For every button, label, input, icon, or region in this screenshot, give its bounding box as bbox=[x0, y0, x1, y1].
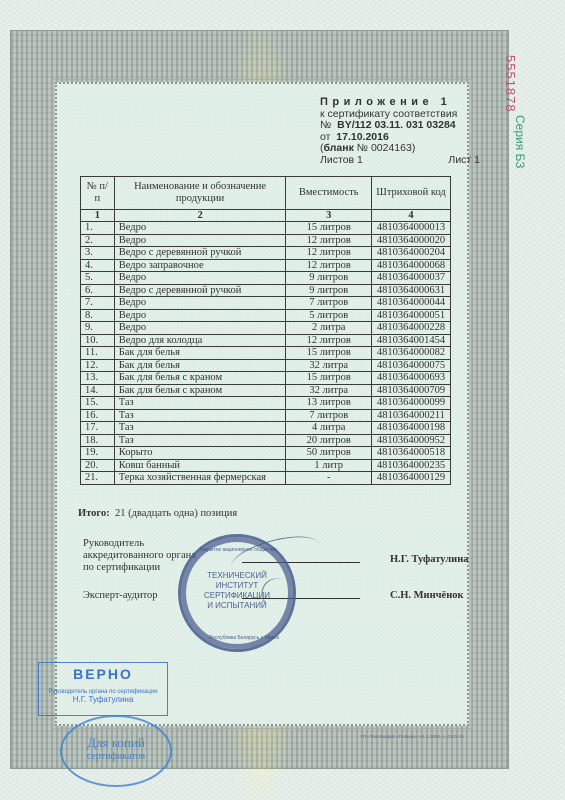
product-name: Бак для белья с краном bbox=[114, 372, 286, 385]
capacity: 1 литр bbox=[286, 459, 372, 472]
sheet-info: Листов 1 Лист 1 bbox=[320, 155, 480, 167]
capacity: 5 литров bbox=[286, 309, 372, 322]
product-name: Ведро для колодца bbox=[114, 334, 286, 347]
printer-imprint: УП «Типография «Победа» А4, 1.5000, з. 0… bbox=[360, 734, 464, 739]
row-number: 13. bbox=[81, 372, 115, 385]
verno-title: ВЕРНО bbox=[39, 666, 167, 682]
row-number: 14. bbox=[81, 384, 115, 397]
capacity: 9 литров bbox=[286, 272, 372, 285]
certificate-number: BY/112 03.11. 031 03284 bbox=[337, 119, 456, 131]
total-line: Итого: 21 (двадцать одна) позиция bbox=[78, 508, 237, 519]
product-name: Таз bbox=[114, 434, 286, 447]
product-name: Ведро bbox=[114, 222, 286, 235]
barcode: 4810364000099 bbox=[372, 397, 451, 410]
table-row: 19.Корыто50 литров4810364000518 bbox=[81, 447, 451, 460]
table-row: 4.Ведро заправочное12 литров481036400006… bbox=[81, 259, 451, 272]
barcode: 4810364000129 bbox=[372, 472, 451, 485]
capacity: 4 литра bbox=[286, 422, 372, 435]
total-value: 21 (двадцать одна) позиция bbox=[115, 508, 237, 519]
official-round-seal: Закрытое акционерное общество ТЕХНИЧЕСКИ… bbox=[178, 534, 296, 652]
head-signatory-label: Руководитель аккредитованного органа по … bbox=[83, 538, 196, 574]
product-name: Таз bbox=[114, 422, 286, 435]
row-number: 5. bbox=[81, 272, 115, 285]
row-number: 19. bbox=[81, 447, 115, 460]
copies-line1: Для копий bbox=[62, 735, 170, 751]
table-row: 13.Бак для белья с краном15 литров481036… bbox=[81, 372, 451, 385]
table-row: 2.Ведро12 литров4810364000020 bbox=[81, 234, 451, 247]
document-header: Приложение 1 к сертификату соответствия … bbox=[320, 97, 480, 166]
capacity: 32 литра bbox=[286, 359, 372, 372]
row-number: 8. bbox=[81, 309, 115, 322]
table-row: 16.Таз7 литров4810364000211 bbox=[81, 409, 451, 422]
table-row: 14.Бак для белья с краном32 литра4810364… bbox=[81, 384, 451, 397]
table-row: 8.Ведро5 литров4810364000051 bbox=[81, 309, 451, 322]
capacity: 12 литров bbox=[286, 334, 372, 347]
verno-name: Н.Г. Туфатулина bbox=[39, 695, 167, 704]
row-number: 16. bbox=[81, 409, 115, 422]
capacity: 15 литров bbox=[286, 372, 372, 385]
seal-inner-text: ТЕХНИЧЕСКИЙ ИНСТИТУТ СЕРТИФИКАЦИИ И ИСПЫ… bbox=[181, 571, 293, 611]
product-name: Бак для белья с краном bbox=[114, 384, 286, 397]
barcode: 4810364000051 bbox=[372, 309, 451, 322]
table-row: 20.Ковш банный1 литр4810364000235 bbox=[81, 459, 451, 472]
column-number: 2 bbox=[114, 210, 286, 222]
product-name: Ведро bbox=[114, 234, 286, 247]
barcode: 4810364000037 bbox=[372, 272, 451, 285]
capacity: 9 литров bbox=[286, 284, 372, 297]
capacity: 50 литров bbox=[286, 447, 372, 460]
column-number: 4 bbox=[372, 210, 451, 222]
product-name: Корыто bbox=[114, 447, 286, 460]
product-name: Ведро bbox=[114, 322, 286, 335]
sheet-current: Лист 1 bbox=[448, 155, 480, 167]
barcode: 4810364000631 bbox=[372, 284, 451, 297]
header-barcode: Штриховой код bbox=[372, 177, 451, 210]
capacity: 2 литра bbox=[286, 322, 372, 335]
row-number: 17. bbox=[81, 422, 115, 435]
barcode: 4810364000020 bbox=[372, 234, 451, 247]
product-name: Бак для белья bbox=[114, 359, 286, 372]
capacity: 12 литров bbox=[286, 259, 372, 272]
certificate-date: 17.10.2016 bbox=[336, 131, 389, 143]
seal-line: ТЕХНИЧЕСКИЙ bbox=[181, 571, 293, 581]
barcode: 4810364000013 bbox=[372, 222, 451, 235]
table-row: 6.Ведро с деревянной ручкой9 литров48103… bbox=[81, 284, 451, 297]
column-number: 3 bbox=[286, 210, 372, 222]
barcode: 4810364000044 bbox=[372, 297, 451, 310]
barcode: 4810364000068 bbox=[372, 259, 451, 272]
row-number: 11. bbox=[81, 347, 115, 360]
head-role-line3: по сертификации bbox=[83, 562, 196, 574]
copies-oval-stamp: Для копий сертификатов bbox=[60, 715, 172, 787]
blank-number-line: (бланк № 0024163) bbox=[320, 143, 480, 155]
barcode: 4810364000082 bbox=[372, 347, 451, 360]
number-sign: № bbox=[320, 119, 331, 131]
certified-copy-stamp: ВЕРНО Руководитель органа по сертификаци… bbox=[38, 662, 168, 716]
seal-ring-top: Закрытое акционерное общество bbox=[199, 547, 277, 553]
capacity: 12 литров bbox=[286, 234, 372, 247]
product-name: Ковш банный bbox=[114, 459, 286, 472]
row-number: 3. bbox=[81, 247, 115, 260]
sheets-total: Листов 1 bbox=[320, 155, 363, 167]
barcode: 4810364001454 bbox=[372, 334, 451, 347]
capacity: 7 литров bbox=[286, 409, 372, 422]
header-capacity: Вместимость bbox=[286, 177, 372, 210]
appendix-title: Приложение 1 bbox=[320, 97, 480, 109]
expert-label: Эксперт-аудитор bbox=[83, 590, 158, 602]
product-name: Ведро bbox=[114, 309, 286, 322]
date-prefix: от bbox=[320, 131, 330, 143]
column-number-row: 1 2 3 4 bbox=[81, 210, 451, 222]
capacity: 20 литров bbox=[286, 434, 372, 447]
barcode: 4810364000518 bbox=[372, 447, 451, 460]
capacity: 7 литров bbox=[286, 297, 372, 310]
table-row: 9.Ведро2 литра4810364000228 bbox=[81, 322, 451, 335]
blank-label: бланк bbox=[324, 142, 354, 154]
row-number: 7. bbox=[81, 297, 115, 310]
barcode: 4810364000198 bbox=[372, 422, 451, 435]
row-number: 20. bbox=[81, 459, 115, 472]
barcode: 4810364000235 bbox=[372, 459, 451, 472]
table-row: 10.Ведро для колодца12 литров48103640014… bbox=[81, 334, 451, 347]
product-name: Таз bbox=[114, 397, 286, 410]
capacity: 15 литров bbox=[286, 222, 372, 235]
row-number: 1. bbox=[81, 222, 115, 235]
row-number: 21. bbox=[81, 472, 115, 485]
row-number: 10. bbox=[81, 334, 115, 347]
table-row: 5.Ведро9 литров4810364000037 bbox=[81, 272, 451, 285]
product-name: Ведро с деревянной ручкой bbox=[114, 247, 286, 260]
row-number: 12. bbox=[81, 359, 115, 372]
table-row: 11.Бак для белья15 литров4810364000082 bbox=[81, 347, 451, 360]
seal-line: СЕРТИФИКАЦИИ bbox=[181, 591, 293, 601]
column-number: 1 bbox=[81, 210, 115, 222]
expert-name: С.Н. Минчёнок bbox=[390, 590, 464, 601]
seal-line: И ИСПЫТАНИЙ bbox=[181, 601, 293, 611]
header-number: № п/п bbox=[81, 177, 115, 210]
barcode: 4810364000211 bbox=[372, 409, 451, 422]
series-label: Серия БЗ bbox=[513, 115, 527, 169]
table-row: 7.Ведро7 литров4810364000044 bbox=[81, 297, 451, 310]
row-number: 2. bbox=[81, 234, 115, 247]
product-name: Ведро с деревянной ручкой bbox=[114, 284, 286, 297]
product-name: Ведро bbox=[114, 272, 286, 285]
capacity: 15 литров bbox=[286, 347, 372, 360]
head-role-line2: аккредитованного органа bbox=[83, 550, 196, 562]
capacity: 13 литров bbox=[286, 397, 372, 410]
row-number: 6. bbox=[81, 284, 115, 297]
row-number: 18. bbox=[81, 434, 115, 447]
product-name: Таз bbox=[114, 409, 286, 422]
table-row: 15.Таз13 литров4810364000099 bbox=[81, 397, 451, 410]
product-name: Бак для белья bbox=[114, 347, 286, 360]
barcode: 4810364000204 bbox=[372, 247, 451, 260]
capacity: - bbox=[286, 472, 372, 485]
barcode: 4810364000075 bbox=[372, 359, 451, 372]
table-row: 17.Таз4 литра4810364000198 bbox=[81, 422, 451, 435]
table-row: 3.Ведро с деревянной ручкой12 литров4810… bbox=[81, 247, 451, 260]
product-name: Ведро заправочное bbox=[114, 259, 286, 272]
capacity: 12 литров bbox=[286, 247, 372, 260]
header-product-name: Наименование и обозначение продукции bbox=[114, 177, 286, 210]
product-name: Ведро bbox=[114, 297, 286, 310]
serial-number: 5551878 bbox=[503, 55, 518, 113]
row-number: 15. bbox=[81, 397, 115, 410]
table-row: 12.Бак для белья32 литра4810364000075 bbox=[81, 359, 451, 372]
capacity: 32 литра bbox=[286, 384, 372, 397]
table-row: 21.Терка хозяйственная фермерская-481036… bbox=[81, 472, 451, 485]
products-table: № п/п Наименование и обозначение продукц… bbox=[80, 176, 451, 485]
table-row: 18.Таз20 литров4810364000952 bbox=[81, 434, 451, 447]
row-number: 4. bbox=[81, 259, 115, 272]
barcode: 4810364000952 bbox=[372, 434, 451, 447]
table-row: 1.Ведро15 литров4810364000013 bbox=[81, 222, 451, 235]
barcode: 4810364000228 bbox=[372, 322, 451, 335]
head-name: Н.Г. Туфатулина bbox=[390, 554, 469, 565]
copies-line2: сертификатов bbox=[62, 751, 170, 762]
head-role-line1: Руководитель bbox=[83, 538, 196, 550]
barcode: 4810364000693 bbox=[372, 372, 451, 385]
blank-number: № 0024163) bbox=[357, 142, 416, 154]
row-number: 9. bbox=[81, 322, 115, 335]
table-header-row: № п/п Наименование и обозначение продукц… bbox=[81, 177, 451, 210]
seal-ring-bottom: Республика Беларусь г. Минск bbox=[209, 635, 279, 641]
total-label: Итого: bbox=[78, 508, 110, 519]
product-name: Терка хозяйственная фермерская bbox=[114, 472, 286, 485]
barcode: 4810364000709 bbox=[372, 384, 451, 397]
seal-line: ИНСТИТУТ bbox=[181, 581, 293, 591]
